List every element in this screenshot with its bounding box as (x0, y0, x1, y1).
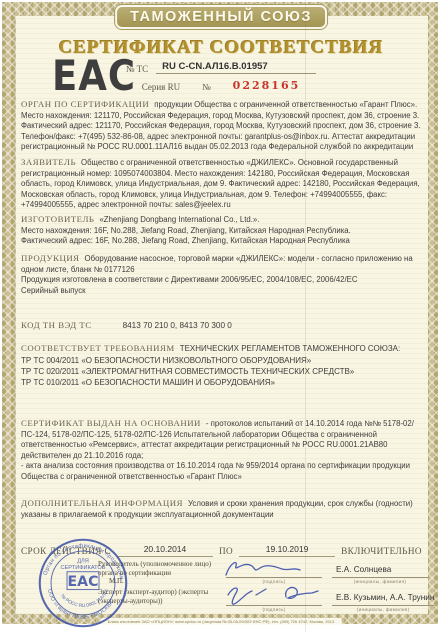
certificate-page: ТАМОЖЕННЫЙ СОЮЗ ЕАС СЕРТИФИКАТ СООТВЕТСТ… (0, 0, 442, 632)
section-applicant: ЗАЯВИТЕЛЬОбщество с ограниченной ответст… (21, 157, 425, 211)
expert-signature-line: (подпись) (226, 590, 322, 606)
product-directives: Продукция изготовлена в соответствии с Д… (21, 275, 425, 286)
signature-row-head: Руководитель (уполномоченное лицо) орган… (98, 560, 428, 578)
section-product: ПРОДУКЦИЯОборудование насосное, торговой… (21, 253, 425, 296)
expert-name-text: Е.В. Кузьмин, А.А. Трунин (336, 593, 434, 602)
stamp-for-line1: ДЛЯ (77, 558, 89, 564)
stamp-eac-text: ЕАС (68, 574, 99, 590)
certificate-number-row: № ТС RU C-CN.АЛ16.В.01957 (0, 61, 442, 74)
stamp-for-line2: СЕРТИФИКАТОВ (60, 565, 105, 571)
stamp-number-arc: № РОСС RU.0001.11АЛ16 (60, 588, 109, 608)
series-number: 0228165 (233, 79, 301, 92)
compliance-intro: ТЕХНИЧЕСКИХ РЕГЛАМЕНТОВ ТАМОЖЕННОГО СОЮЗ… (180, 344, 401, 353)
section-tnved-code: КОД ТН ВЭД ТС8413 70 210 0, 8413 70 300 … (21, 320, 425, 332)
certification-stamp: Орган по сертификации продукции ООО «Гар… (33, 536, 133, 630)
validity-to-date: 19.10.2019 (239, 544, 335, 557)
expert-name: Е.В. Кузьмин, А.А. Трунин (инициалы, фам… (332, 593, 434, 606)
manufacturer-address-1: Место нахождения: 16F, No.288, Jiefang R… (21, 226, 425, 237)
section-label: ЗАЯВИТЕЛЬ (21, 157, 76, 167)
regulation-item: ТР ТС 004/2011 «О БЕЗОПАСНОСТИ НИЗКОВОЛЬ… (21, 355, 425, 366)
section-additional-info: ДОПОЛНИТЕЛЬНАЯ ИНФОРМАЦИЯУсловия и сроки… (21, 498, 425, 520)
svg-text:№ РОСС RU.0001.11АЛ16: № РОСС RU.0001.11АЛ16 (60, 588, 109, 608)
tnved-value: 8413 70 210 0, 8413 70 300 0 (123, 321, 232, 330)
section-compliance: СООТВЕТСТВУЕТ ТРЕБОВАНИЯМТЕХНИЧЕСКИХ РЕГ… (21, 343, 425, 388)
series-label: Серия RU (142, 82, 180, 92)
expert-sign-caption: (подпись) (226, 607, 322, 612)
section-manufacturer: ИЗГОТОВИТЕЛЬ«Zhenjiang Dongbang Internat… (21, 214, 425, 247)
series-no-sign: № (202, 82, 211, 92)
section-label: ДОПОЛНИТЕЛЬНАЯ ИНФОРМАЦИЯ (21, 498, 183, 508)
section-text: Общество с ограниченной ответственностью… (21, 158, 420, 209)
certificate-title: СЕРТИФИКАТ СООТВЕТСТВИЯ (0, 37, 442, 59)
manufacturer-name: «Zhenjiang Dongbang International Co., L… (99, 215, 259, 224)
product-serial-note: Серийный выпуск (21, 286, 425, 297)
expert-name-caption: (инициалы, фамилия) (332, 607, 434, 612)
form-printer-fine-print: Бланк изготовлен ЗАО «ОПЦИОН», www.opcio… (101, 618, 342, 626)
section-certification-body: ОРГАН ПО СЕРТИФИКАЦИИпродукции Общества … (21, 99, 425, 153)
customs-union-badge: ТАМОЖЕННЫЙ СОЮЗ (115, 5, 327, 29)
head-name-text: Е.А. Солнцева (336, 565, 391, 574)
basis-text-2: - акта анализа состояния производства от… (21, 461, 425, 482)
head-signature-ink (220, 557, 316, 581)
validity-suffix: ВКЛЮЧИТЕЛЬНО (341, 546, 422, 557)
section-label: ИЗГОТОВИТЕЛЬ (21, 214, 94, 224)
certificate-number: RU C-CN.АЛ16.В.01957 (156, 61, 316, 74)
head-name: Е.А. Солнцева (инициалы, фамилия) (332, 565, 428, 578)
series-row: Серия RU № 0228165 (0, 79, 442, 92)
section-label: ОРГАН ПО СЕРТИФИКАЦИИ (21, 99, 149, 109)
section-basis: СЕРТИФИКАТ ВЫДАН НА ОСНОВАНИИ- протоколо… (21, 418, 425, 483)
head-signature-line: (подпись) (226, 562, 322, 578)
signature-row-expert: Эксперт (эксперт-аудитор) (эксперты (экс… (98, 588, 428, 606)
regulation-item: ТР ТС 010/2011 «О БЕЗОПАСНОСТИ МАШИН И О… (21, 377, 425, 388)
eac-logo: ЕАС (52, 52, 136, 100)
manufacturer-address-2: Фактический адрес: 16F, No.288, Jiefang … (21, 236, 425, 247)
section-label: СООТВЕТСТВУЕТ ТРЕБОВАНИЯМ (21, 343, 175, 353)
section-label: СЕРТИФИКАТ ВЫДАН НА ОСНОВАНИИ (21, 418, 201, 428)
regulation-item: ТР ТС 020/2011 «ЭЛЕКТРОМАГНИТНАЯ СОВМЕСТ… (21, 366, 425, 377)
validity-to-label: ПО (219, 546, 233, 557)
section-label: КОД ТН ВЭД ТС (21, 320, 92, 330)
certificate-number-label: № ТС (126, 64, 148, 74)
section-label: ПРОДУКЦИЯ (21, 253, 80, 263)
